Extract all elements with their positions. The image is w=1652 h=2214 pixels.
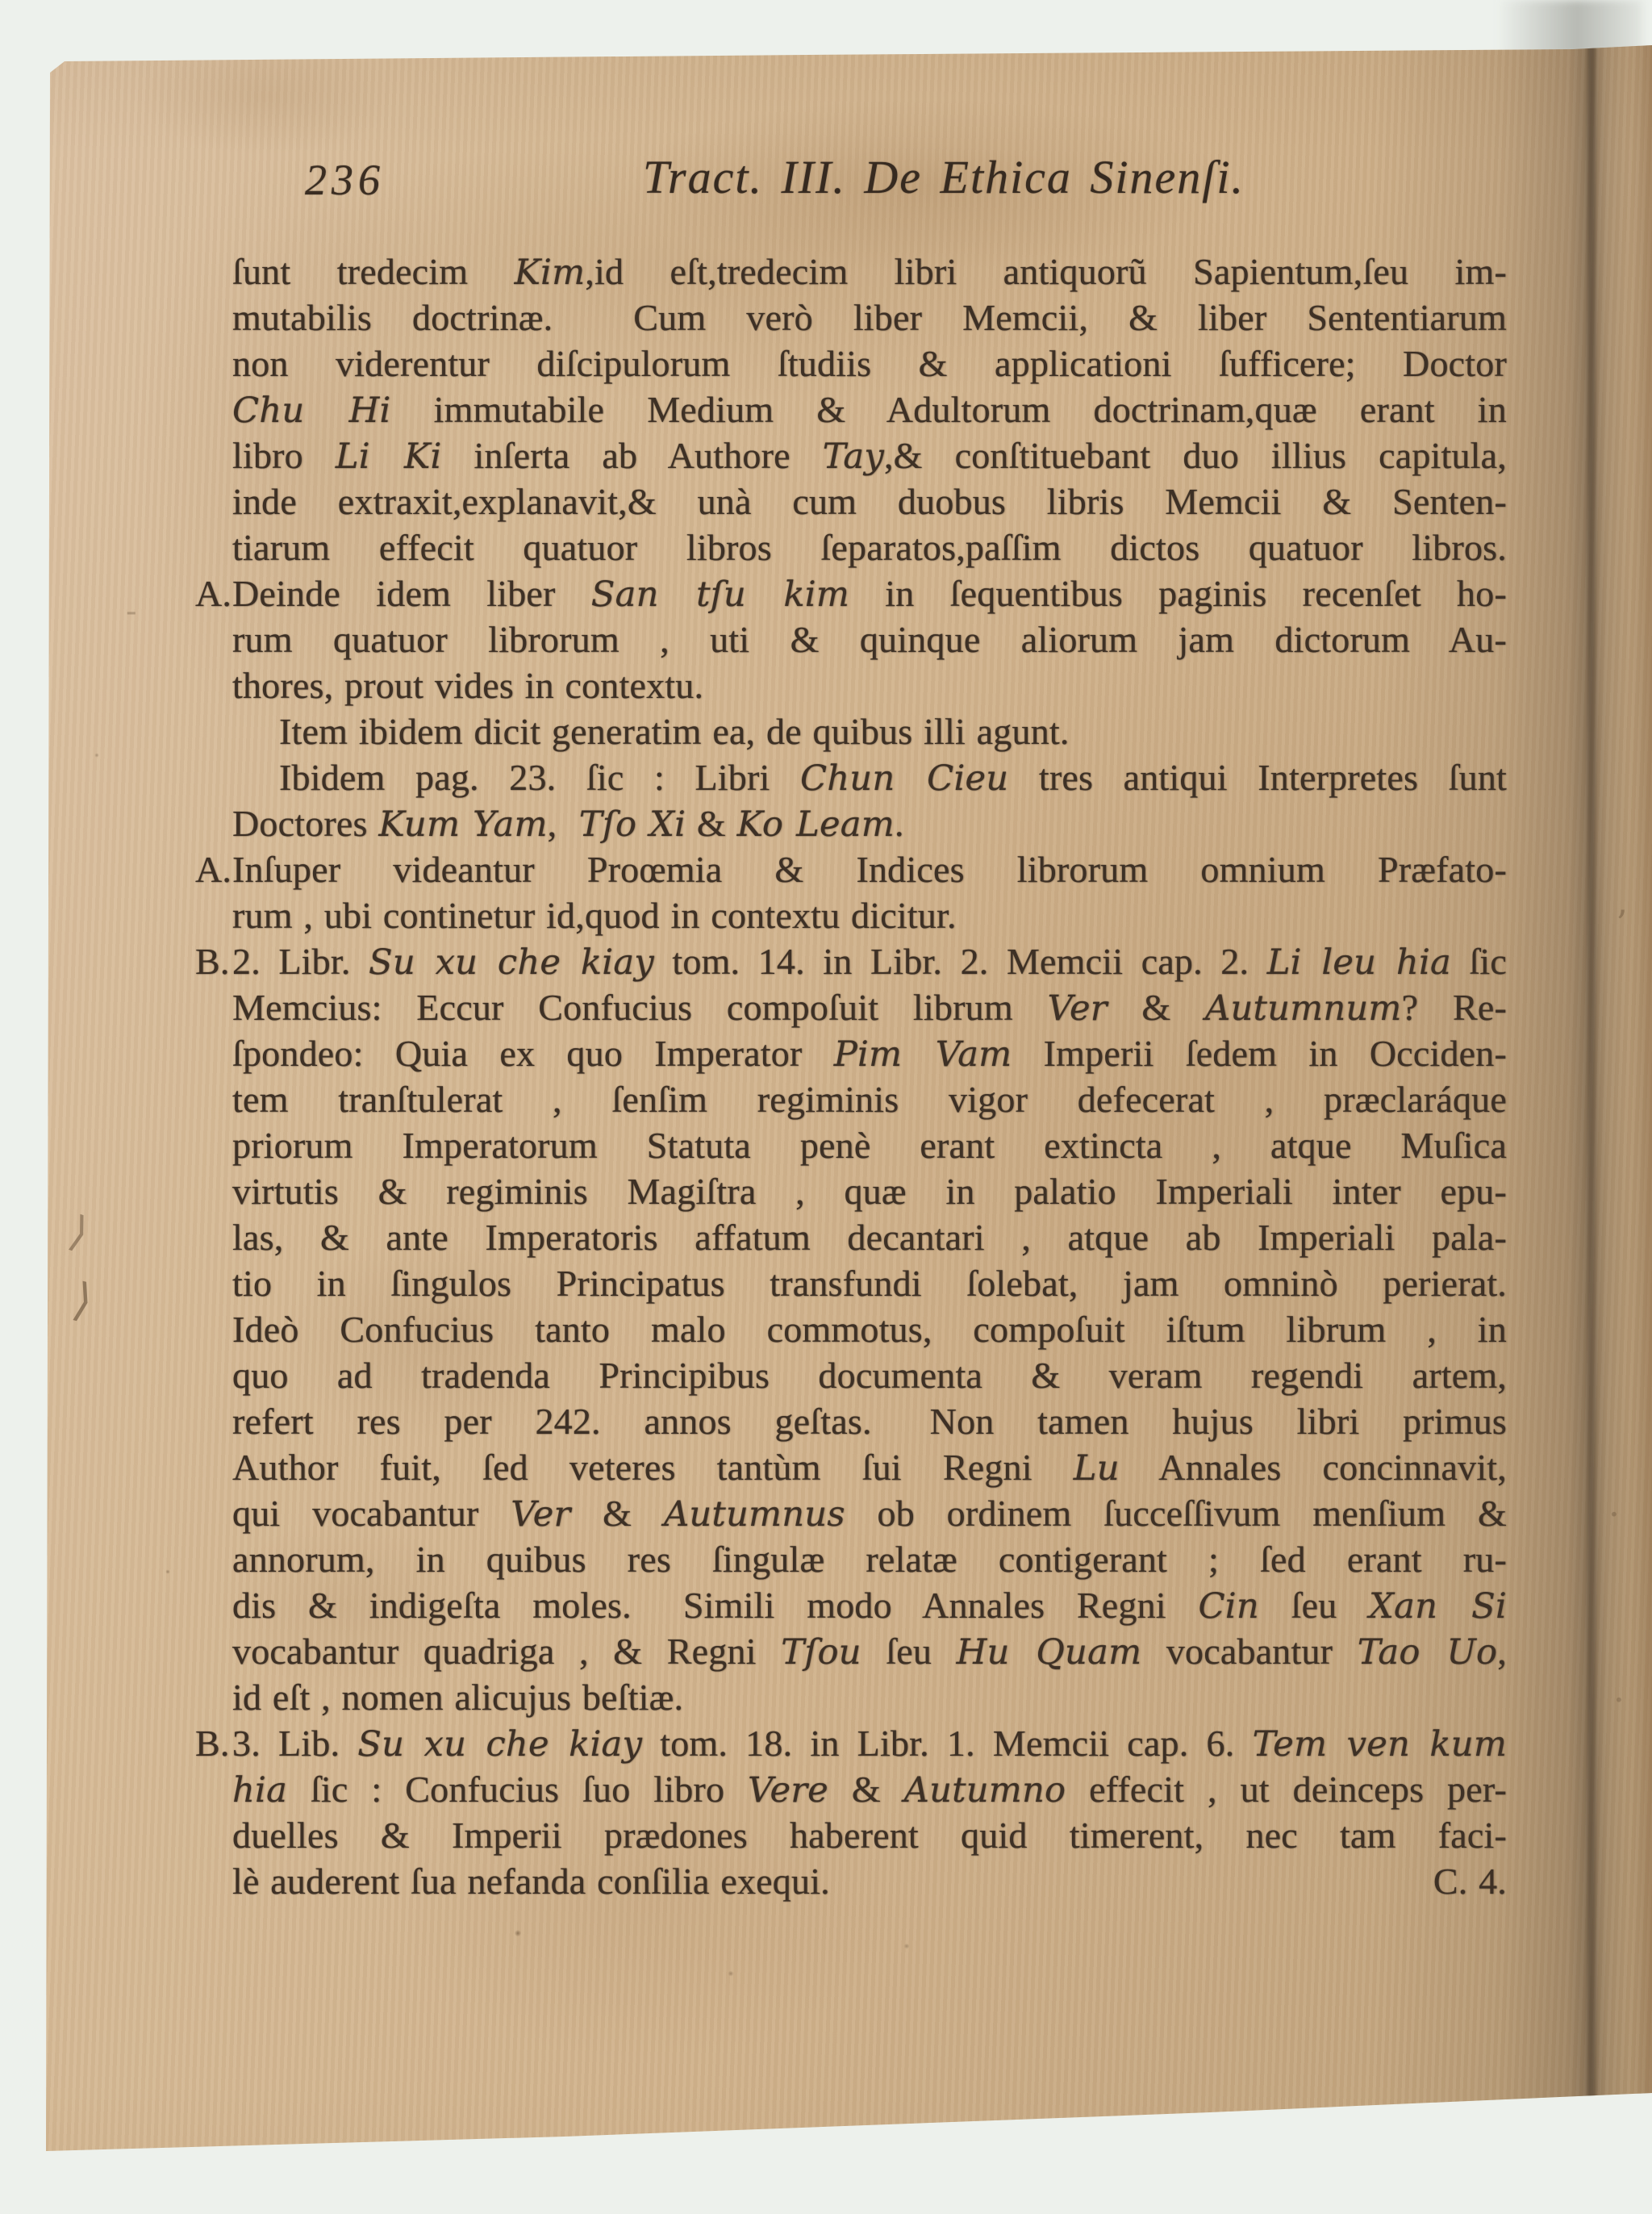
transliteration-italic: Tem ven kum (1253, 1724, 1507, 1765)
text-segment: Deinde idem liber (232, 573, 591, 614)
transliteration-italic: Su xu che kiay (369, 942, 654, 983)
transliteration-italic: Autumnus (664, 1494, 845, 1535)
text-segment: ,& conſtituebant duo illius capitula, (884, 435, 1507, 476)
text-line: ſunt tredecim Kim,id eſt,tredecim libri … (232, 249, 1507, 295)
text-line: ſpondeo: Quia ex quo Imperator Pim Vam I… (232, 1030, 1507, 1076)
text-segment: ſunt tredecim (232, 251, 515, 292)
text-line: rum , ubi continetur id,quod in contextu… (232, 892, 1507, 938)
text-segment: tom. 14. in Libr. 2. Memcii cap. 2. (654, 941, 1267, 982)
transliteration-italic: Chu Hi (232, 391, 391, 431)
text-segment: vocabantur (1141, 1631, 1357, 1672)
text-line: virtutis & regiminis Magiſtra , quæ in p… (232, 1168, 1507, 1214)
text-segment: lè auderent ſua nefanda conſilia exequi. (232, 1861, 830, 1902)
paragraph-marker: A. (195, 570, 232, 616)
text-line: tiarum effecit quatuor libros ſeparatos,… (232, 524, 1507, 570)
text-segment: Ideò Confucius tanto malo commotus, comp… (232, 1309, 1507, 1350)
text-segment: ſic (1451, 941, 1507, 982)
transliteration-italic: San tſu kim (591, 574, 849, 615)
paragraph-marker: B. (195, 938, 230, 984)
text-line: qui vocabantur Ver & Autumnus ob ordinem… (232, 1490, 1507, 1536)
text-line: rum quatuor librorum , uti & quinque ali… (232, 616, 1507, 662)
text-segment: inde extraxit,explanavit,& unà cum duobu… (232, 481, 1507, 522)
transliteration-italic: Hu Quam (957, 1632, 1142, 1673)
book-page: 236 Tract. III. De Ethica Sinenſi. ſunt … (0, 0, 1652, 2214)
text-segment: 3. Lib. (232, 1723, 357, 1764)
text-line: lè auderent ſua nefanda conſilia exequi.… (232, 1858, 1507, 1904)
transliteration-italic: hia (232, 1770, 287, 1811)
transliteration-italic: Xan Si (1369, 1586, 1507, 1627)
text-segment: duelles & Imperii prædones haberent quid… (232, 1815, 1507, 1856)
text-segment: ſeu (1259, 1585, 1369, 1626)
transliteration-italic: Vere (748, 1770, 828, 1811)
text-segment: Imperii ſedem in Occiden- (1012, 1033, 1507, 1074)
text-segment: thores, prout vides in contextu. (232, 665, 703, 706)
transliteration-italic: Tao Uo (1358, 1632, 1498, 1673)
text-line: libro Li Ki inſerta ab Authore Tay,& con… (232, 432, 1507, 478)
text-segment: 2. Libr. (232, 941, 369, 982)
text-segment: tres antiqui Interpretes ſunt (1008, 757, 1507, 798)
text-segment: Doctores (232, 803, 378, 844)
text-line: tio in ſingulos Principatus transfundi ſ… (232, 1260, 1507, 1306)
transliteration-italic: Tſo Xi (579, 804, 686, 845)
transliteration-italic: Autumnum (1205, 988, 1402, 1029)
text-line: non viderentur diſcipulorum ſtudiis & ap… (232, 340, 1507, 386)
text-segment: ſic : Confucius ſuo libro (287, 1769, 748, 1810)
text-segment: & (828, 1769, 904, 1810)
paragraph-marker: B. (195, 1720, 230, 1766)
text-line: B.3. Lib. Su xu che kiay tom. 18. in Lib… (232, 1720, 1507, 1766)
sentence-gap (632, 1617, 683, 1618)
text-segment: vocabantur quadriga , & Regni (232, 1631, 781, 1672)
text-segment: tom. 18. in Libr. 1. Memcii cap. 6. (642, 1723, 1252, 1764)
transliteration-italic: Tſou (781, 1632, 861, 1673)
text-segment: Annales concinnavit, (1120, 1447, 1507, 1488)
text-line: Ideò Confucius tanto malo commotus, comp… (232, 1306, 1507, 1352)
transliteration-italic: Kum Yam (378, 804, 547, 845)
text-block: ſunt tredecim Kim,id eſt,tredecim libri … (232, 249, 1507, 1904)
text-line: Chu Hi immutabile Medium & Adultorum doc… (232, 386, 1507, 432)
text-segment: & (686, 803, 736, 844)
text-segment: Inſuper videantur Proœmia & Indices libr… (232, 849, 1507, 890)
text-segment: dis & indigeſta moles. (232, 1585, 632, 1626)
text-segment: qui vocabantur (232, 1493, 511, 1534)
text-line: dis & indigeſta moles.Simili modo Annale… (232, 1582, 1507, 1628)
text-segment: & (570, 1493, 664, 1534)
text-line: vocabantur quadriga , & Regni Tſou ſeu H… (232, 1628, 1507, 1674)
text-segment: annorum, in quibus res ſingulæ relatæ co… (232, 1539, 1507, 1580)
text-segment: id eſt , nomen alicujus beſtiæ. (232, 1677, 683, 1718)
text-line: priorum Imperatorum Statuta penè erant e… (232, 1122, 1507, 1168)
text-line: A.Deinde idem liber San tſu kim in ſeque… (232, 570, 1507, 616)
text-segment: , (1497, 1631, 1507, 1672)
text-line: Doctores Kum Yam, Tſo Xi & Ko Leam. (232, 800, 1507, 846)
text-segment: las, & ante Imperatoris affatum decantar… (232, 1217, 1507, 1258)
text-line: Memcius: Eccur Confucius compoſuit libru… (232, 984, 1507, 1030)
text-segment: non viderentur diſcipulorum ſtudiis & ap… (232, 343, 1507, 384)
text-segment: priorum Imperatorum Statuta penè erant e… (232, 1125, 1507, 1166)
text-line: B.2. Libr. Su xu che kiay tom. 14. in Li… (232, 938, 1507, 984)
running-title: Tract. III. De Ethica Sinenſi. (589, 150, 1299, 204)
text-line: duelles & Imperii prædones haberent quid… (232, 1812, 1507, 1858)
text-line: thores, prout vides in contextu. (232, 662, 1507, 708)
text-segment: immutabile Medium & Adultorum doctrinam,… (391, 389, 1507, 430)
transliteration-italic: Pim Vam (834, 1034, 1012, 1075)
text-segment: . (895, 803, 904, 844)
text-segment: & (1108, 987, 1205, 1028)
transliteration-italic: Kim (515, 253, 586, 293)
text-line: tem tranſtulerat , ſenſim regiminis vigo… (232, 1076, 1507, 1122)
text-segment: tiarum effecit quatuor libros ſeparatos,… (232, 527, 1507, 568)
text-segment: ob ordinem ſucceſſivum menſium & (845, 1493, 1507, 1534)
transliteration-italic: Ver (1048, 988, 1108, 1029)
text-segment: effecit , ut deinceps per- (1066, 1769, 1507, 1810)
scan-background: 236 Tract. III. De Ethica Sinenſi. ſunt … (0, 0, 1652, 2214)
text-line: mutabilis doctrinæ. Cum verò liber Memci… (232, 295, 1507, 340)
transliteration-italic: Chun Cieu (800, 758, 1008, 799)
text-line: Author fuit, ſed veteres tantùm ſui Regn… (232, 1444, 1507, 1490)
text-line: refert res per 242. annos geſtas.Non tam… (232, 1398, 1507, 1444)
transliteration-italic: Li leu hia (1267, 942, 1451, 983)
text-line: inde extraxit,explanavit,& unà cum duobu… (232, 478, 1507, 524)
text-segment: Non tamen hujus libri primus (930, 1401, 1507, 1442)
transliteration-italic: Ko Leam (737, 804, 895, 845)
text-segment: Ibidem pag. 23. ſic : Libri (279, 757, 800, 798)
text-segment: refert res per 242. annos geſtas. (232, 1401, 872, 1442)
sentence-gap (872, 1433, 930, 1434)
text-segment: libro (232, 435, 336, 476)
page-number: 236 (305, 155, 385, 205)
text-segment: Item ibidem dicit generatim ea, de quibu… (279, 711, 1070, 752)
text-line: hia ſic : Confucius ſuo libro Vere & Aut… (232, 1766, 1507, 1812)
text-segment: ſeu (861, 1631, 957, 1672)
text-segment: tem tranſtulerat , ſenſim regiminis vigo… (232, 1079, 1507, 1120)
text-segment: ſpondeo: Quia ex quo Imperator (232, 1033, 834, 1074)
text-segment: Author fuit, ſed veteres tantùm ſui Regn… (232, 1447, 1074, 1488)
text-segment: Memcius: Eccur Confucius compoſuit libru… (232, 987, 1048, 1028)
catchword: C. 4. (1433, 1858, 1507, 1904)
transliteration-italic: Lu (1074, 1448, 1120, 1489)
text-line: id eſt , nomen alicujus beſtiæ. (232, 1674, 1507, 1720)
text-segment: Simili modo Annales Regni (683, 1585, 1199, 1626)
text-segment: mutabilis doctrinæ. Cum verò liber Memci… (232, 297, 1507, 338)
text-segment: rum , ubi continetur id,quod in contextu… (232, 895, 957, 936)
text-segment: virtutis & regiminis Magiſtra , quæ in p… (232, 1171, 1507, 1212)
transliteration-italic: Su xu che kiay (357, 1724, 642, 1765)
text-segment: , (548, 803, 579, 844)
text-segment: ? Re- (1402, 987, 1507, 1028)
text-segment: rum quatuor librorum , uti & quinque ali… (232, 619, 1507, 660)
text-segment: in ſequentibus paginis recenſet ho- (849, 573, 1507, 614)
text-line: las, & ante Imperatoris affatum decantar… (232, 1214, 1507, 1260)
text-segment: tio in ſingulos Principatus transfundi ſ… (232, 1263, 1507, 1304)
paragraph-marker: A. (195, 846, 232, 892)
text-segment: inſerta ab Authore (442, 435, 823, 476)
text-line: quo ad tradenda Principibus documenta & … (232, 1352, 1507, 1398)
transliteration-italic: Cin (1199, 1586, 1259, 1627)
text-line: Item ibidem dicit generatim ea, de quibu… (232, 708, 1507, 754)
text-line: annorum, in quibus res ſingulæ relatæ co… (232, 1536, 1507, 1582)
text-line: A.Inſuper videantur Proœmia & Indices li… (232, 846, 1507, 892)
transliteration-italic: Li Ki (336, 437, 442, 477)
text-segment: quo ad tradenda Principibus documenta & … (232, 1355, 1507, 1396)
transliteration-italic: Autumno (904, 1770, 1066, 1811)
text-line: Ibidem pag. 23. ſic : Libri Chun Cieu tr… (232, 754, 1507, 800)
text-segment: ,id eſt,tredecim libri antiquorũ Sapient… (585, 251, 1507, 292)
transliteration-italic: Ver (511, 1494, 570, 1535)
transliteration-italic: Tay (823, 437, 884, 477)
